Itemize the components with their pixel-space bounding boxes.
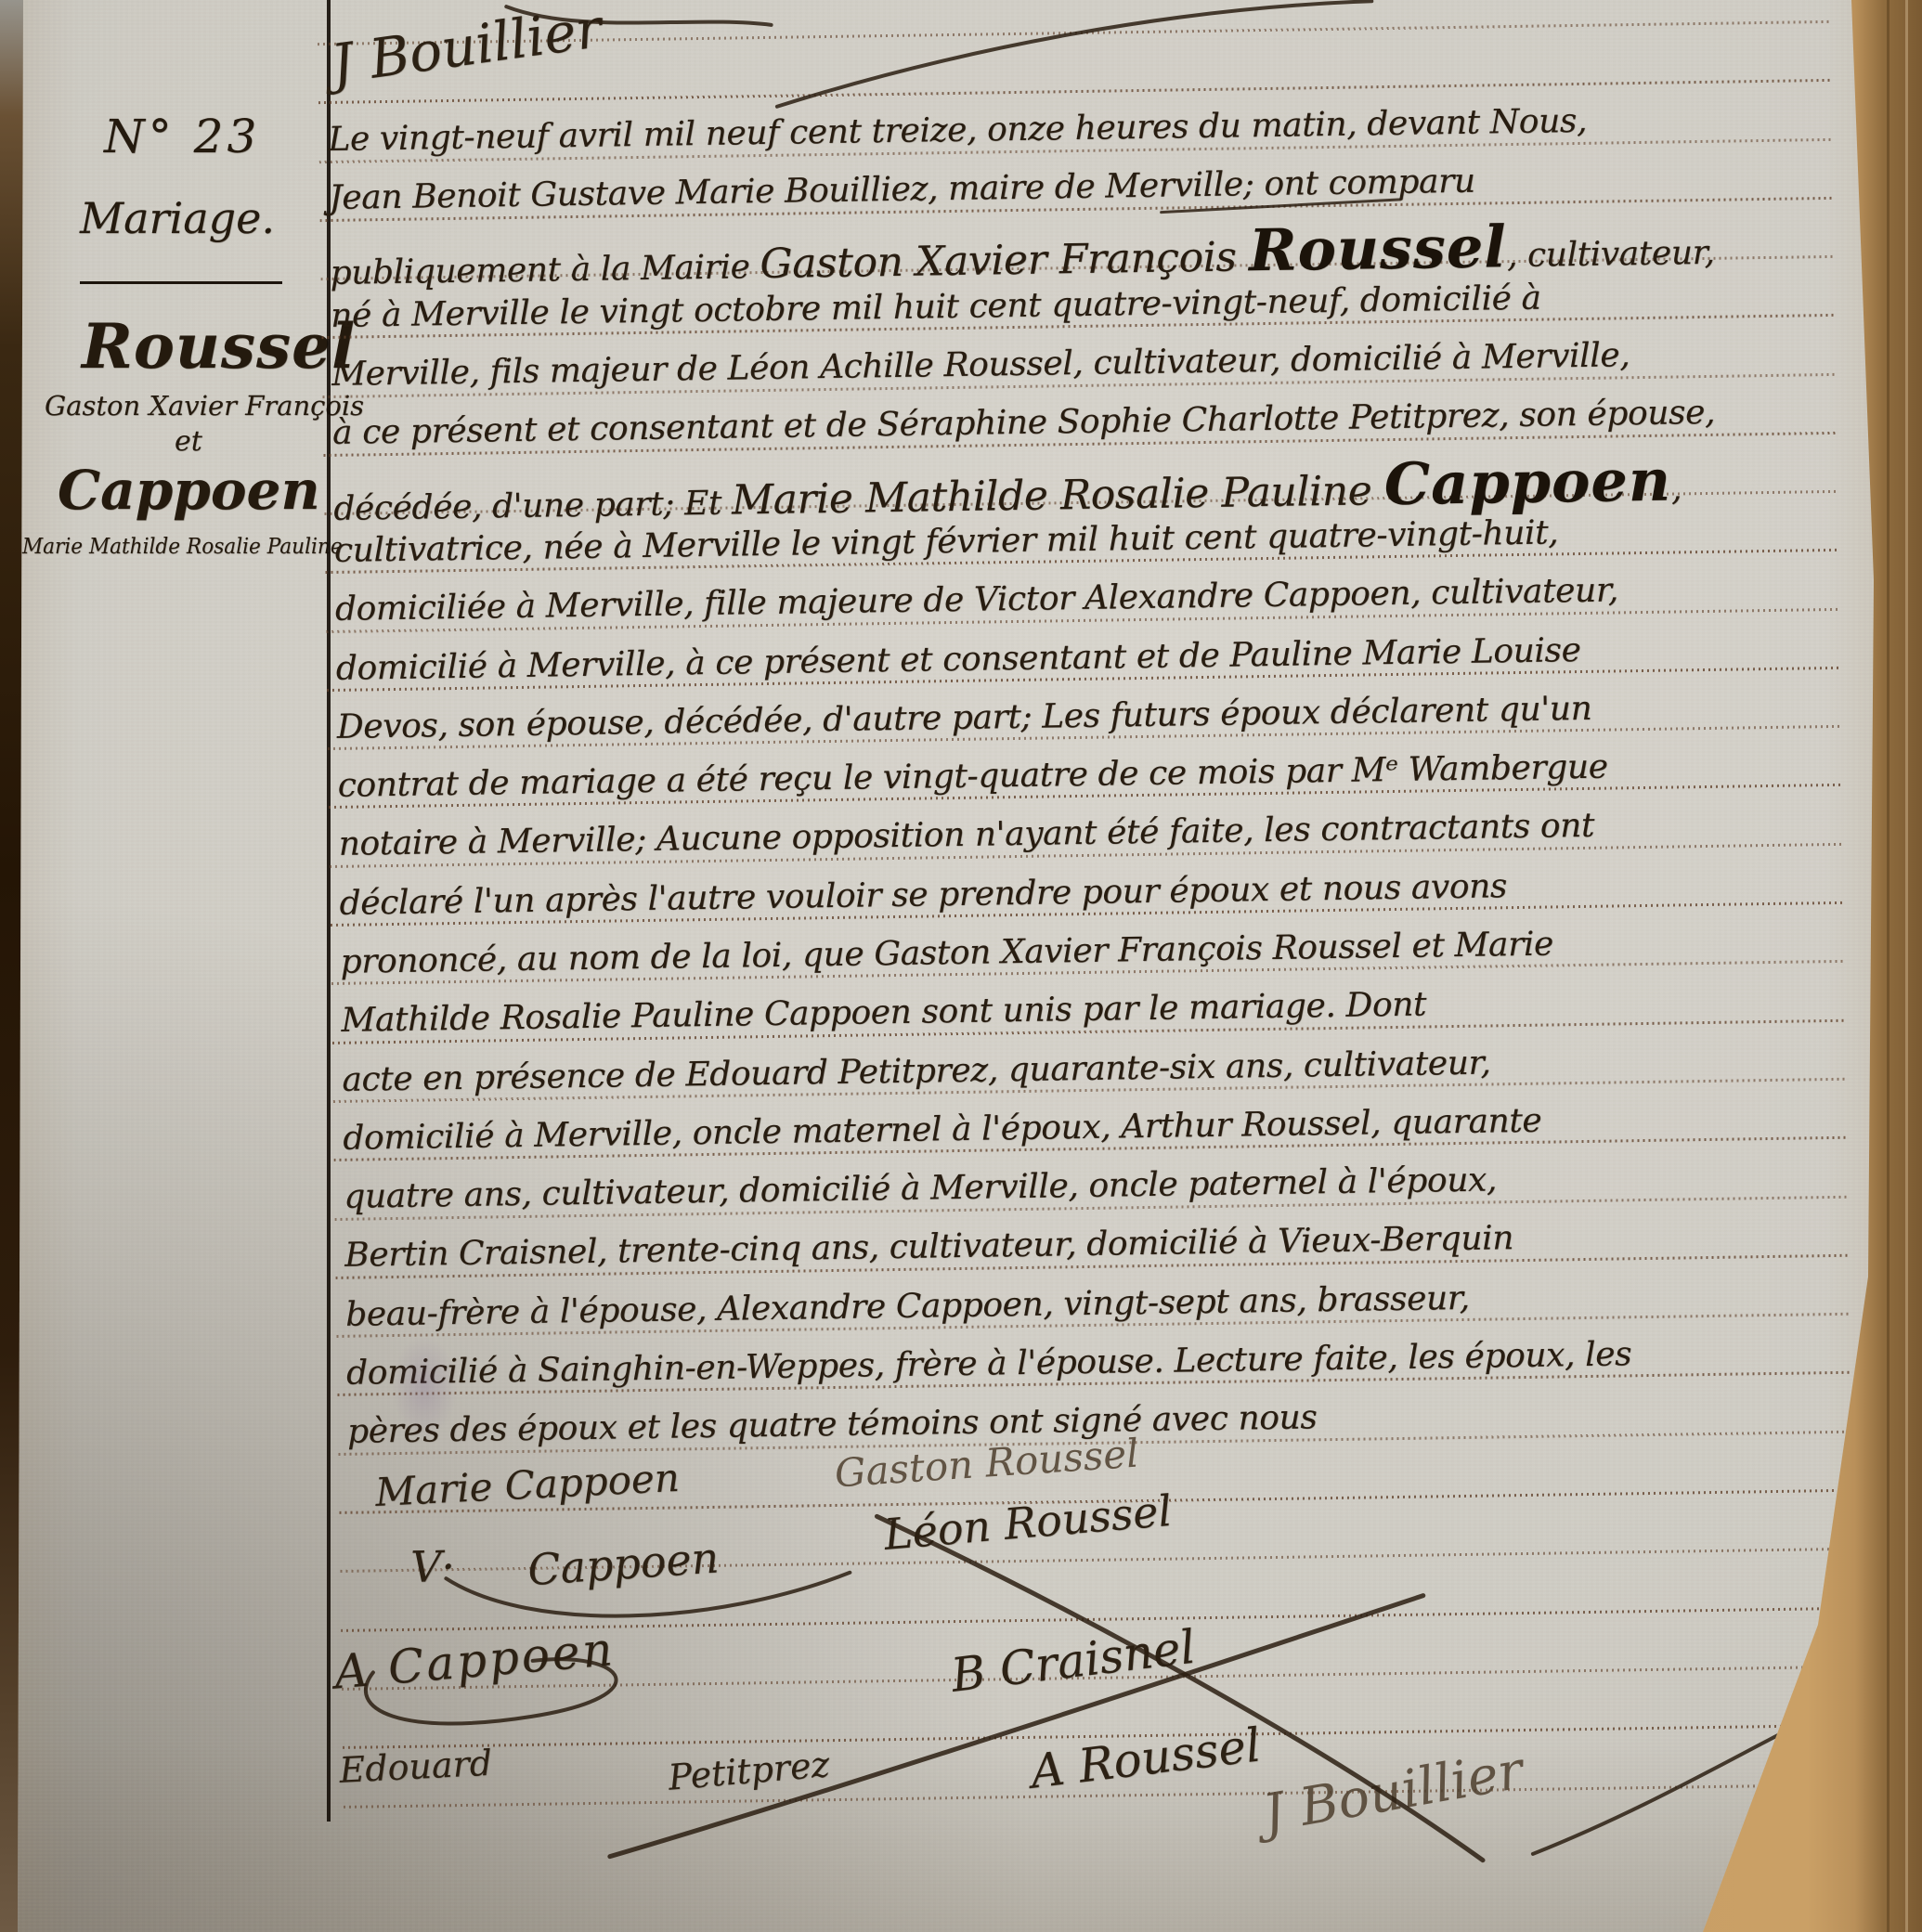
signature-witness-petitprez-last: Petitprez xyxy=(667,1744,831,1798)
page-stack-crease xyxy=(1905,0,1908,1932)
page-stack-crease xyxy=(1887,0,1890,1932)
groom-surname-inline: Roussel xyxy=(1248,213,1507,284)
signature-witness-petitprez-first: Edouard xyxy=(338,1743,493,1791)
register-photo: N° 23 Mariage. Roussel Gaston Xavier Fra… xyxy=(0,0,1922,1932)
signature-bride-father-initial: V· xyxy=(410,1541,456,1592)
act-line: Mathilde Rosalie Pauline Cappoen sont un… xyxy=(341,986,1426,1040)
act-line-segment: publiquement à la Mairie xyxy=(330,248,760,292)
act-line: Le vingt-neuf avril mil neuf cent treize… xyxy=(328,102,1587,159)
act-line: Bertin Craisnel, trente-cinq ans, cultiv… xyxy=(344,1219,1513,1275)
bride-surname-inline: Cappoen xyxy=(1383,447,1671,519)
register-page: N° 23 Mariage. Roussel Gaston Xavier Fra… xyxy=(0,0,1922,1932)
signature-witness-roussel: A Roussel xyxy=(1028,1718,1264,1798)
groom-given-names-inline: Gaston Xavier François xyxy=(760,233,1249,288)
ink-layer: J Bouillier Le vingt-neuf avril mil neuf… xyxy=(0,0,1922,1932)
ruled-line xyxy=(318,79,1832,104)
act-line: notaire à Merville; Aucune opposition n'… xyxy=(338,807,1594,863)
previous-act-signature: J Bouillier xyxy=(328,0,605,96)
act-line-segment: décédée, d'une part; Et xyxy=(333,485,732,528)
act-line: quatre ans, cultivateur, domicilié à Mer… xyxy=(344,1160,1497,1215)
signature-witness-craisnel: B Craisnel xyxy=(948,1620,1198,1703)
signature-bride-father: Cappoen xyxy=(526,1533,721,1596)
act-line-segment: , xyxy=(1671,470,1682,508)
ink-blot xyxy=(392,1335,459,1438)
page-edge-highlight xyxy=(1898,0,1922,1932)
bride-given-names-inline: Marie Mathilde Rosalie Pauline xyxy=(732,467,1385,524)
signature-mayor: J Bouillier xyxy=(1258,1740,1527,1844)
signature-groom-father: Léon Roussel xyxy=(882,1485,1174,1560)
act-line: Jean Benoit Gustave Marie Bouilliez, mai… xyxy=(329,162,1475,217)
act-line-segment: , cultivateur, xyxy=(1507,234,1715,275)
